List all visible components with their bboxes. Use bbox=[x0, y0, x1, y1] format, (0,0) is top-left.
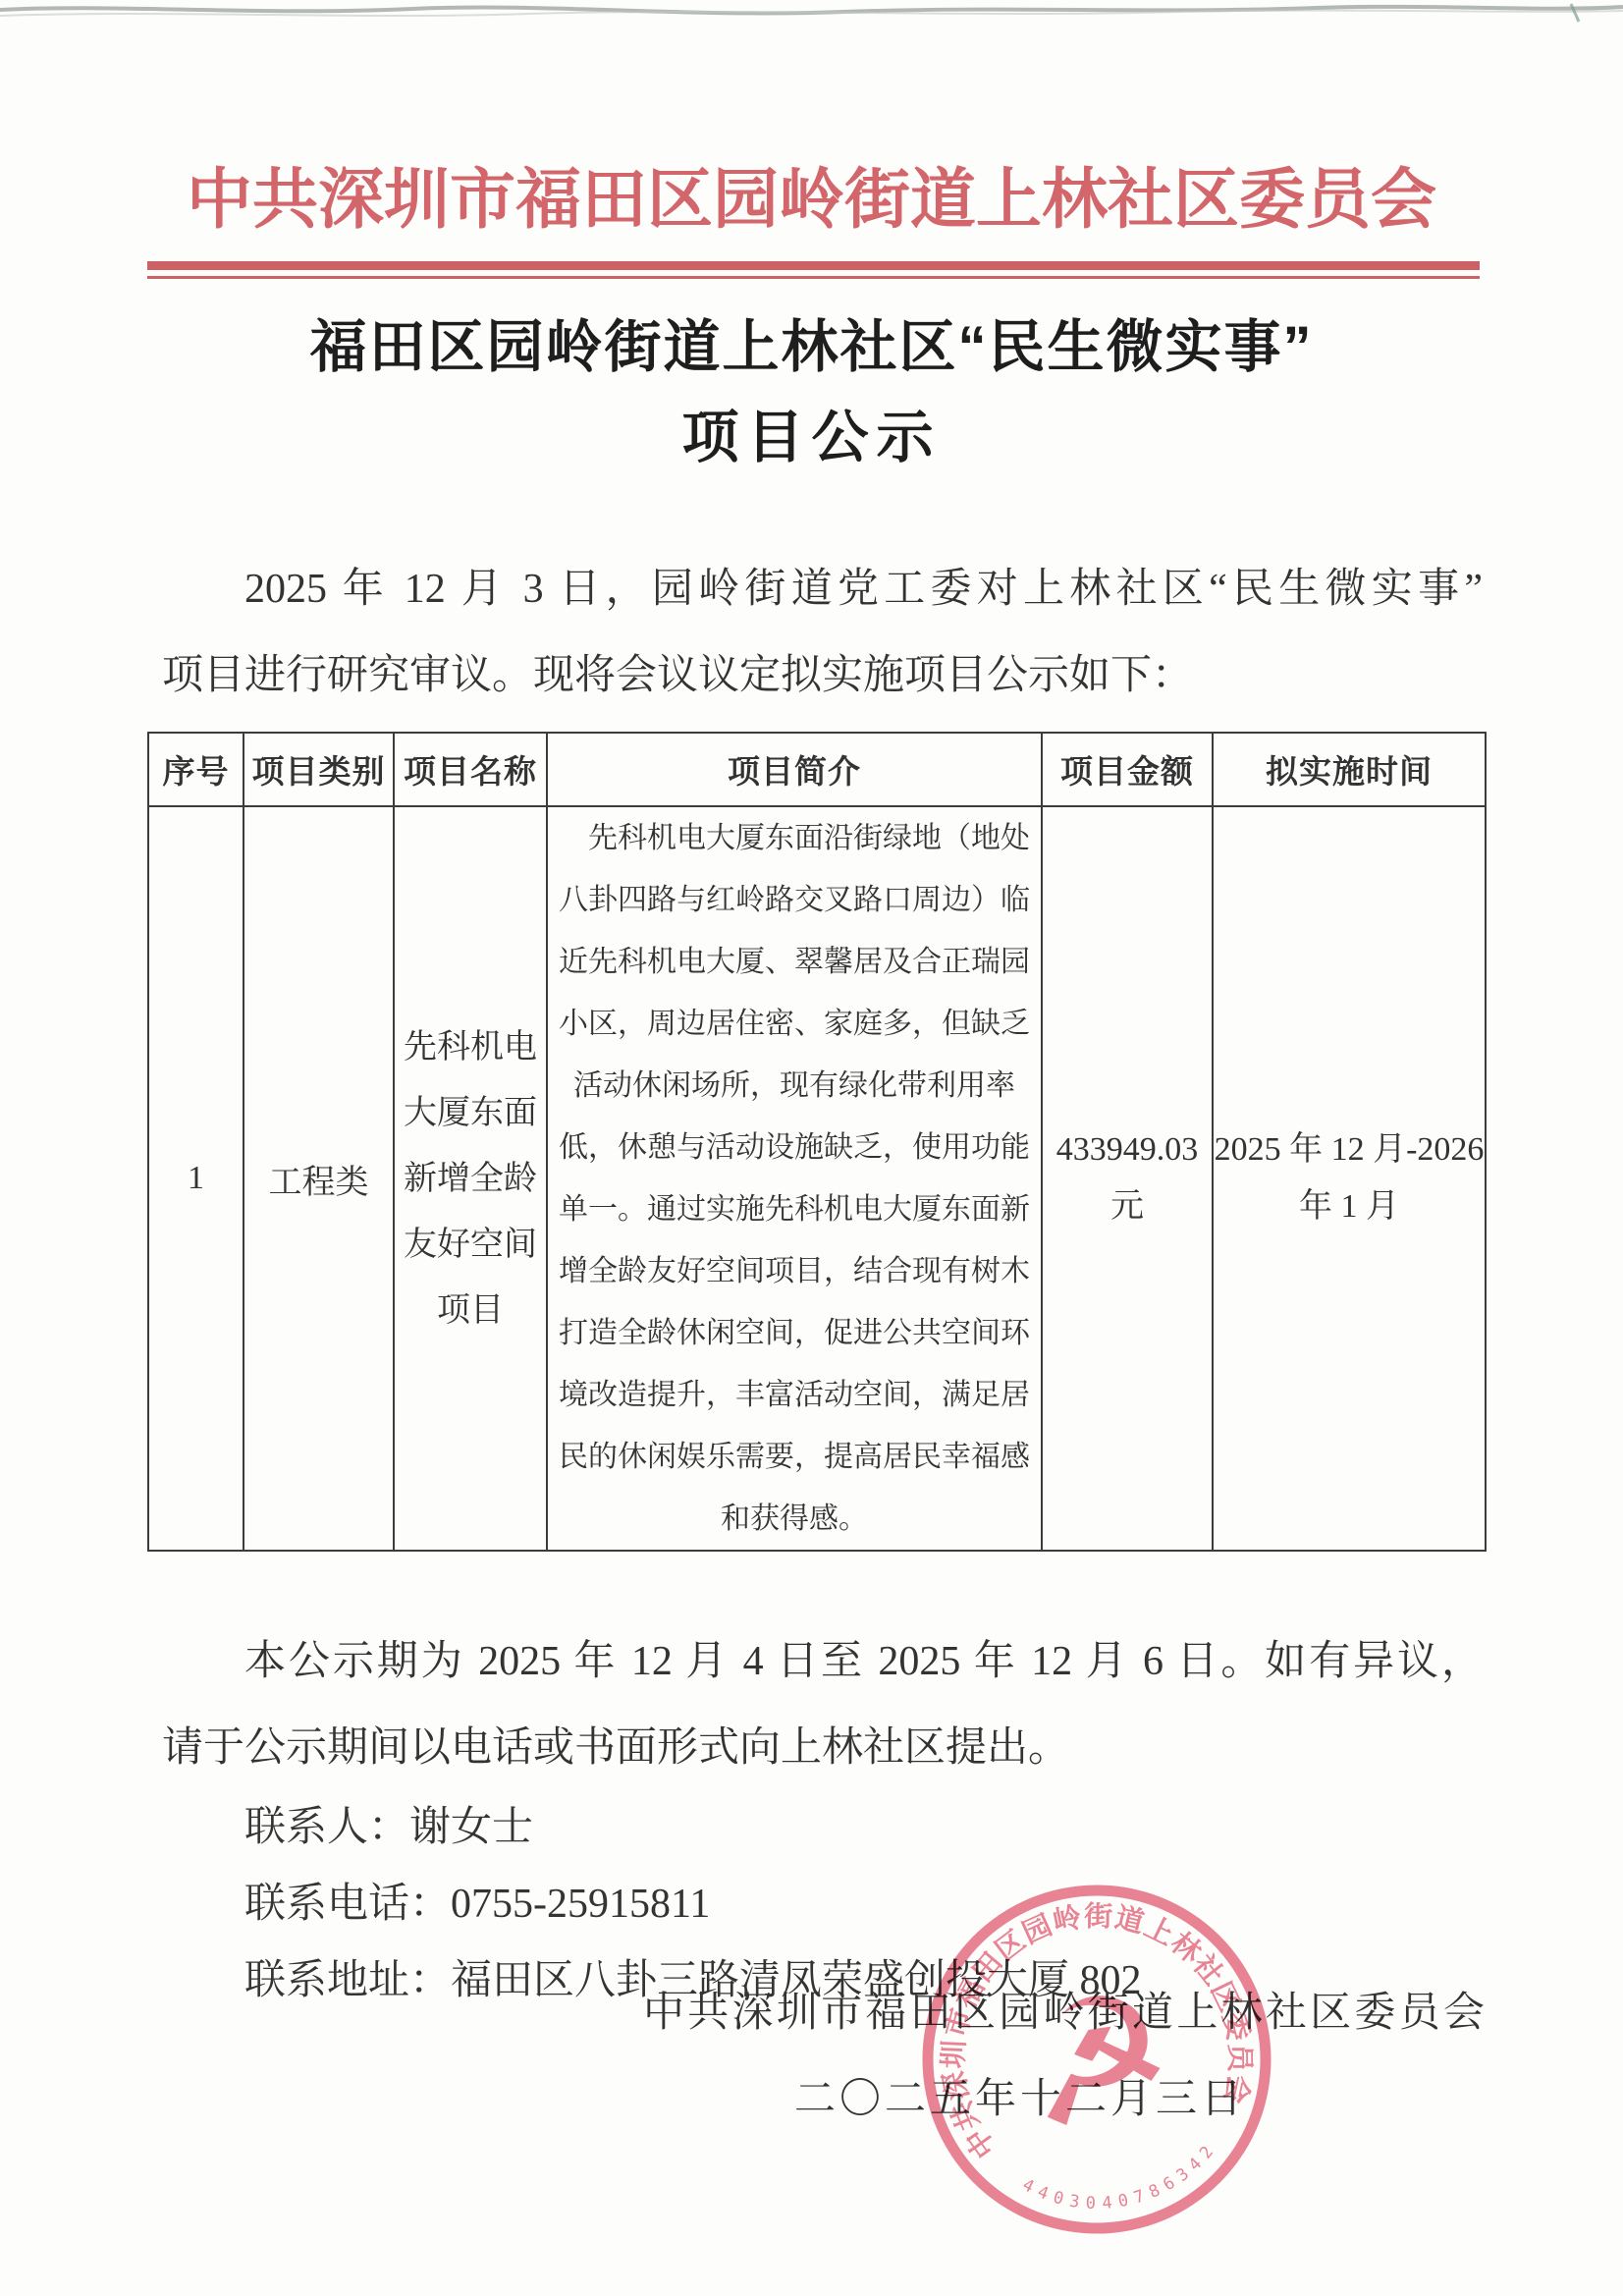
document-title-line1: 福田区园岭街道上林社区“民生微实事” bbox=[0, 302, 1623, 393]
contact-person: 联系人：谢女士 bbox=[162, 1789, 1483, 1866]
project-name-line: 友好空间 bbox=[395, 1212, 546, 1278]
scanned-notice-page: 中共深圳市福田区园岭街道上林社区委员会 福田区园岭街道上林社区“民生微实事” 项… bbox=[0, 0, 1623, 2296]
letterhead-org-name: 中共深圳市福田区园岭街道上林社区委员会 bbox=[0, 147, 1623, 242]
intro-line1: 2025 年 12 月 3 日，园岭街道党工委对上林社区“民生微实事” bbox=[162, 546, 1483, 632]
intro-paragraph: 2025 年 12 月 3 日，园岭街道党工委对上林社区“民生微实事” 项目进行… bbox=[162, 546, 1483, 719]
time-line1: 2025 年 12 月-2026 bbox=[1214, 1121, 1485, 1178]
header-row: 序号 项目类别 项目名称 项目简介 项目金额 拟实施时间 bbox=[148, 733, 1486, 806]
cell-project-name: 先科机电 大厦东面 新增全龄 友好空间 项目 bbox=[394, 806, 547, 1551]
signature-date: 二〇二五年十二月三日 bbox=[599, 2070, 1441, 2129]
header-name: 项目名称 bbox=[394, 733, 547, 806]
projects-table: 序号 项目类别 项目名称 项目简介 项目金额 拟实施时间 1 工程类 先科机电 … bbox=[147, 732, 1487, 1552]
header-desc: 项目简介 bbox=[547, 733, 1042, 806]
document-title-line2: 项目公示 bbox=[0, 393, 1623, 483]
signature-block: 中共深圳市福田区园岭街道上林社区委员会 二〇二五年十二月三日 bbox=[643, 1984, 1486, 2129]
time-line2: 年 1 月 bbox=[1214, 1178, 1485, 1235]
letterhead-rule-thin bbox=[147, 276, 1480, 279]
project-name-line: 项目 bbox=[395, 1278, 546, 1343]
cell-category: 工程类 bbox=[243, 806, 394, 1551]
cell-project-description: 先科机电大厦东面沿街绿地（地处八卦四路与红岭路交叉路口周边）临近先科机电大厦、翠… bbox=[547, 806, 1042, 1551]
project-name-line: 新增全龄 bbox=[395, 1146, 546, 1212]
cell-implementation-time: 2025 年 12 月-2026 年 1 月 bbox=[1213, 806, 1486, 1551]
intro-line2: 项目进行研究审议。现将会议议定拟实施项目公示如下： bbox=[162, 632, 1483, 719]
closing-line2: 请于公示期间以电话或书面形式向上林社区提出。 bbox=[162, 1705, 1483, 1791]
header-time: 拟实施时间 bbox=[1213, 733, 1486, 806]
project-name-line: 先科机电 bbox=[395, 1014, 546, 1080]
header-amount: 项目金额 bbox=[1042, 733, 1213, 806]
amount-value: 433949.03 bbox=[1043, 1121, 1212, 1178]
header-category: 项目类别 bbox=[243, 733, 394, 806]
header-seq: 序号 bbox=[148, 733, 243, 806]
closing-paragraph: 本公示期为 2025 年 12 月 4 日至 2025 年 12 月 6 日。如… bbox=[162, 1618, 1483, 1791]
projects-table-header: 序号 项目类别 项目名称 项目简介 项目金额 拟实施时间 bbox=[148, 733, 1486, 806]
scan-edge-artifact bbox=[0, 0, 1623, 39]
seal-serial-number: 4403040786342 bbox=[1016, 2135, 1230, 2232]
letterhead-rule-thick bbox=[147, 261, 1480, 270]
signature-org-name: 中共深圳市福田区园岭街道上林社区委员会 bbox=[643, 1984, 1486, 2043]
document-title: 福田区园岭街道上林社区“民生微实事” 项目公示 bbox=[0, 302, 1623, 483]
project-name-line: 大厦东面 bbox=[395, 1080, 546, 1146]
amount-unit: 元 bbox=[1043, 1178, 1212, 1235]
cell-seq: 1 bbox=[148, 806, 243, 1551]
cell-amount: 433949.03 元 bbox=[1042, 806, 1213, 1551]
table-row: 1 工程类 先科机电 大厦东面 新增全龄 友好空间 项目 先科机电大厦东面沿街绿… bbox=[148, 806, 1486, 1551]
contact-phone: 联系电话：0755-25915811 bbox=[162, 1866, 1483, 1942]
closing-line1: 本公示期为 2025 年 12 月 4 日至 2025 年 12 月 6 日。如… bbox=[162, 1618, 1483, 1705]
